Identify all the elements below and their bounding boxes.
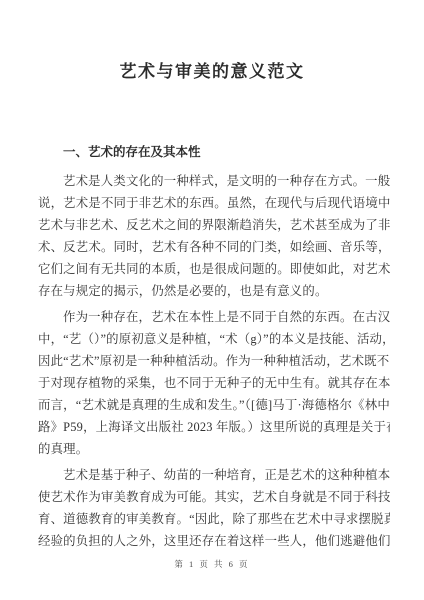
text-line: 存在与规定的揭示，仍然是必要的，也是有意义的。	[38, 280, 390, 302]
text-line: 路》P59，上海译文出版社 2023 年版。）这里所说的真理是关于存在	[38, 416, 390, 438]
text-line: 经验的负担的人之外，这里还存在着这样一些人，他们逃避他们的	[38, 530, 390, 552]
document-title: 艺术与审美的意义范文	[0, 62, 424, 82]
text-line: 艺术是人类文化的一种样式，是文明的一种存在方式。一般来	[38, 170, 390, 192]
text-line: 说，艺术是不同于非艺术的东西。虽然，在现代与后现代语境中，	[38, 192, 390, 214]
text-line: 的真理。	[38, 438, 390, 460]
page-footer: 第 1 页 共 6 页	[0, 558, 424, 570]
document-page: 艺术与审美的意义范文 一、艺术的存在及其本性 艺术是人类文化的一种样式，是文明的…	[0, 0, 424, 600]
paragraph: 艺术是基于种子、幼苗的一种培育，正是艺术的这种种植本性，使艺术作为审美教育成为可…	[38, 464, 390, 552]
text-line: 艺术是基于种子、幼苗的一种培育，正是艺术的这种种植本性，	[38, 464, 390, 486]
text-line: 育、道德教育的审美教育。“因此，除了那些在艺术中寻求摆脱真实	[38, 508, 390, 530]
text-line: 使艺术作为审美教育成为可能。其实，艺术自身就是不同于科技教	[38, 486, 390, 508]
paragraph: 作为一种存在，艺术在本性上是不同于自然的东西。在古汉语中，“艺（）”的原初意义是…	[38, 306, 390, 460]
document-body: 艺术是人类文化的一种样式，是文明的一种存在方式。一般来说，艺术是不同于非艺术的东…	[38, 170, 390, 552]
text-line: 而言，“艺术就是真理的生成和发生。”（[德]马丁·海德格尔《林中	[38, 394, 390, 416]
paragraph: 艺术是人类文化的一种样式，是文明的一种存在方式。一般来说，艺术是不同于非艺术的东…	[38, 170, 390, 302]
text-line: 于对现存植物的采集，也不同于无种子的无中生有。就其存在本性	[38, 372, 390, 394]
text-line: 术、反艺术。同时，艺术有各种不同的门类，如绘画、音乐等，但	[38, 236, 390, 258]
text-line: 因此“艺术”原初是一种种植活动。作为一种种植活动，艺术既不同	[38, 350, 390, 372]
text-line: 它们之间有无共同的本质，也是很成问题的。即使如此，对艺术的	[38, 258, 390, 280]
section-heading: 一、艺术的存在及其本性	[38, 144, 390, 160]
text-line: 中，“艺（）”的原初意义是种植，“术（g）”的本义是技能、活动，	[38, 328, 390, 350]
text-line: 作为一种存在，艺术在本性上是不同于自然的东西。在古汉语	[38, 306, 390, 328]
text-line: 艺术与非艺术、反艺术之间的界限渐趋消失，艺术甚至成为了非艺	[38, 214, 390, 236]
